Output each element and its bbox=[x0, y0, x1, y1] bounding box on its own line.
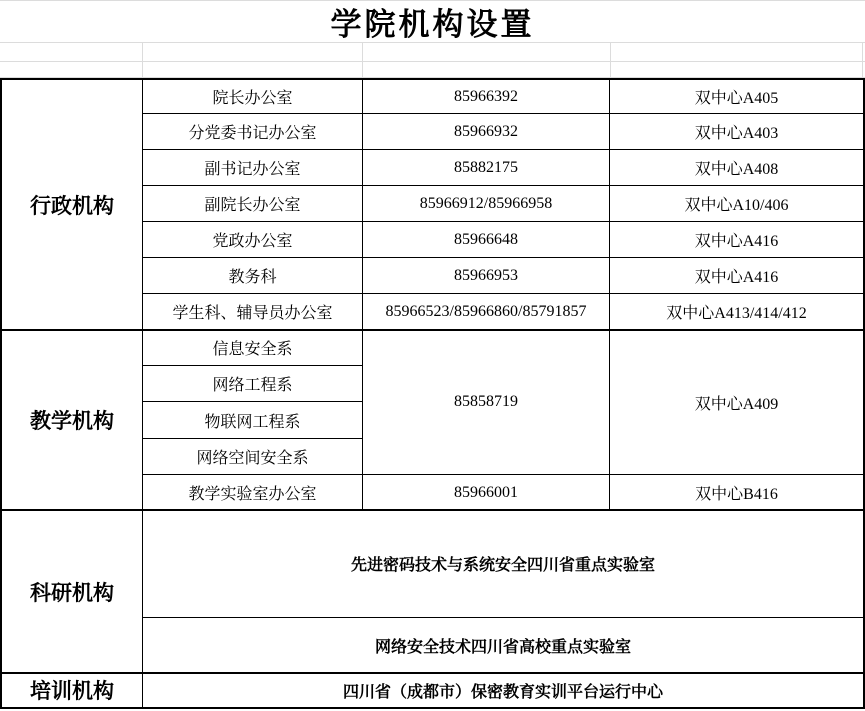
phone-cell: 85966648 bbox=[363, 222, 610, 258]
dept-cell: 物联网工程系 bbox=[143, 402, 363, 439]
section-label-training: 培训机构 bbox=[2, 673, 143, 707]
phone-cell: 85882175 bbox=[363, 150, 610, 186]
org-table: 行政机构 教学机构 科研机构 培训机构 院长办公室 85966392 双中心A4… bbox=[0, 78, 865, 709]
dept-cell: 网络工程系 bbox=[143, 366, 363, 402]
dept-cell: 党政办公室 bbox=[143, 222, 363, 258]
section-label-teaching: 教学机构 bbox=[2, 330, 143, 510]
dept-cell: 副院长办公室 bbox=[143, 186, 363, 222]
research-lab-cell: 先进密码技术与系统安全四川省重点实验室 bbox=[143, 510, 863, 618]
phone-cell: 85966392 bbox=[363, 80, 610, 114]
room-cell: 双中心A413/414/412 bbox=[610, 294, 863, 330]
phone-cell-merged: 85858719 bbox=[363, 330, 610, 475]
gridline bbox=[362, 43, 363, 78]
dept-cell: 院长办公室 bbox=[143, 80, 363, 114]
room-cell: 双中心A416 bbox=[610, 258, 863, 294]
gridline bbox=[142, 43, 143, 78]
phone-cell: 85966523/85966860/85791857 bbox=[363, 294, 610, 330]
page: 学院机构设置 行政机构 教学机构 科研机构 培训机构 院长办公室 8596639… bbox=[0, 0, 865, 711]
dept-cell: 学生科、辅导员办公室 bbox=[143, 294, 363, 330]
room-cell: 双中心A10/406 bbox=[610, 186, 863, 222]
phone-cell: 85966001 bbox=[363, 475, 610, 510]
gridline bbox=[610, 43, 611, 78]
room-cell: 双中心A416 bbox=[610, 222, 863, 258]
spacer-row bbox=[0, 43, 865, 62]
section-label-research: 科研机构 bbox=[2, 510, 143, 673]
section-divider bbox=[2, 672, 863, 674]
section-label-admin: 行政机构 bbox=[2, 80, 143, 330]
dept-cell: 副书记办公室 bbox=[143, 150, 363, 186]
room-cell-merged: 双中心A409 bbox=[610, 330, 863, 475]
dept-cell: 网络空间安全系 bbox=[143, 439, 363, 475]
dept-cell: 信息安全系 bbox=[143, 330, 363, 366]
room-cell: 双中心A405 bbox=[610, 80, 863, 114]
room-cell: 双中心A403 bbox=[610, 114, 863, 150]
spacer-row bbox=[0, 62, 865, 78]
dept-cell: 教务科 bbox=[143, 258, 363, 294]
page-title: 学院机构设置 bbox=[0, 0, 865, 43]
research-lab-cell: 网络安全技术四川省高校重点实验室 bbox=[143, 618, 863, 673]
phone-cell: 85966953 bbox=[363, 258, 610, 294]
training-center-cell: 四川省（成都市）保密教育实训平台运行中心 bbox=[143, 673, 863, 707]
room-cell: 双中心A408 bbox=[610, 150, 863, 186]
dept-cell: 分党委书记办公室 bbox=[143, 114, 363, 150]
section-divider bbox=[2, 329, 863, 331]
gridline bbox=[862, 43, 863, 78]
section-divider bbox=[2, 509, 863, 511]
room-cell: 双中心B416 bbox=[610, 475, 863, 510]
phone-cell: 85966912/85966958 bbox=[363, 186, 610, 222]
dept-cell: 教学实验室办公室 bbox=[143, 475, 363, 510]
phone-cell: 85966932 bbox=[363, 114, 610, 150]
